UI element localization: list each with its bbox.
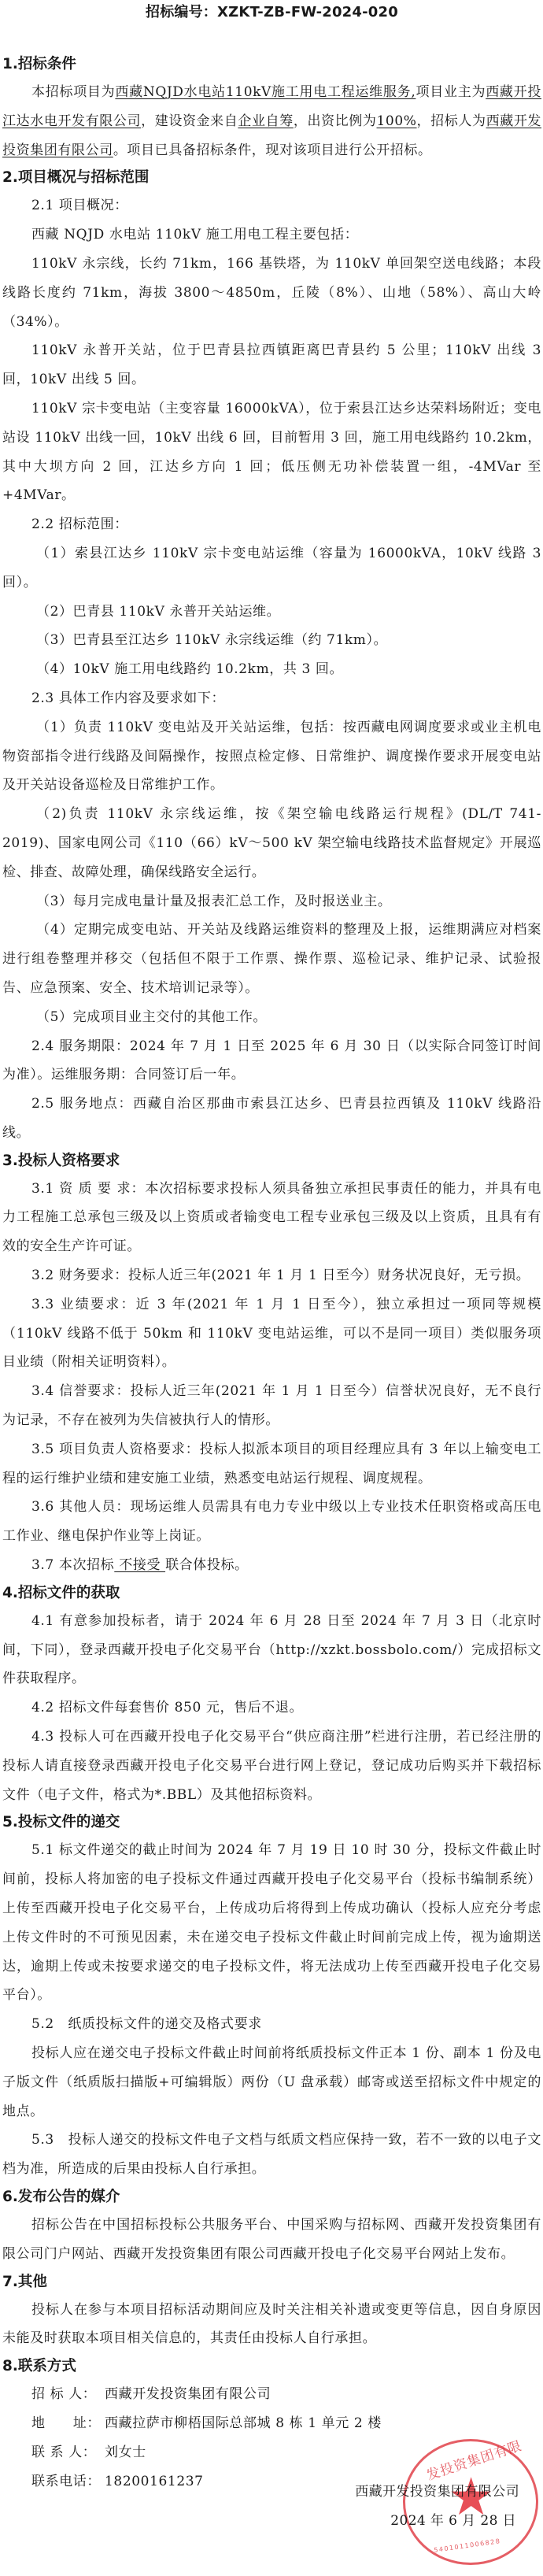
section-8-heading: 8.联系方式 — [2, 2353, 541, 2380]
credit-requirement: 3.4 信誉要求：投标人近三年(2021 年 1 月 1 日至今）信誉状况良好，… — [2, 1377, 541, 1435]
subsection-5-2-label: 5.2 纸质投标文件的递交及格式要求 — [2, 2010, 541, 2039]
project-manager-requirement: 3.5 项目负责人资格要求：投标人拟派本项目的项目经理应具有 3 年以上输变电工… — [2, 1435, 541, 1493]
section-7-heading: 7.其他 — [2, 2269, 541, 2296]
paper-submission: 投标人应在递交电子投标文件截止时间前将纸质投标文件正本 1 份、副本 1 份及电… — [2, 2039, 541, 2126]
scope-item: （3）巴青县至江达乡 110kV 永宗线运维（约 71km）。 — [2, 626, 541, 655]
text-run: 。项目已具备招标条件，现对该项目进行公开招标。 — [113, 142, 432, 158]
section-6-heading: 6.发布公告的媒介 — [2, 2184, 541, 2211]
contact-address: 地 址：西藏拉萨市柳梧国际总部城 8 栋 1 单元 2 楼 — [2, 2409, 541, 2438]
consortium-policy: 3.7 本次招标 不接受 联合体投标。 — [2, 1551, 541, 1580]
work-item: （4）定期完成变电站、开关站及线路运维资料的整理及上报，运维期满应对档案进行组卷… — [2, 916, 541, 1002]
work-item: （2)负责 110kV 永宗线运维，按《架空输电线路运行规程》(DL/T 741… — [2, 800, 541, 886]
project-name: 西藏NQJD水电站110kV施工用电工程运维服务, — [115, 84, 416, 100]
scope-item: （1）索县江达乡 110kV 宗卡变电站运维（容量为 16000kVA，10kV… — [2, 539, 541, 598]
signature-date: 2024 年 6 月 28 日 — [390, 2507, 516, 2536]
work-item: （5）完成项目业主交付的其他工作。 — [2, 1003, 541, 1032]
contact-value: 西藏开发投资集团有限公司 — [105, 2386, 271, 2402]
scope-item: （4）10kV 施工用电线路约 10.2km，共 3 回。 — [2, 655, 541, 684]
text-run: ，建设资金来自 — [141, 113, 238, 129]
publication-media: 招标公告在中国招标投标公共服务平台、中国采购与招标网、西藏开发投资集团有限公司门… — [2, 2211, 541, 2269]
consortium-status: 不接受 — [114, 1557, 165, 1573]
section-1-paragraph: 本招标项目为西藏NQJD水电站110kV施工用电工程运维服务,项目业主为西藏开投… — [2, 78, 541, 165]
contact-value: 18200161237 — [105, 2474, 204, 2489]
section-5-heading: 5.投标文件的递交 — [2, 1809, 541, 1836]
stamp-code: 5401011006828 — [434, 2537, 501, 2554]
contact-label: 联 系 人： — [31, 2438, 105, 2467]
signature-organization: 西藏开发投资集团有限公司 — [355, 2478, 519, 2507]
contact-label: 地 址： — [31, 2409, 105, 2438]
contact-value: 刘女士 — [105, 2445, 146, 2460]
other-personnel-requirement: 3.6 其他人员：现场运维人员需具有电力专业中级以上专业技术任职资格或高压电工作… — [2, 1493, 541, 1551]
project-intro: 西藏 NQJD 水电站 110kV 施工用电工程主要包括： — [2, 220, 541, 250]
text-run: 联合体投标。 — [165, 1557, 249, 1573]
project-substation: 110kV 宗卡变电站（主变容量 16000kVA），位于索县江达乡达荣料场附近… — [2, 394, 541, 510]
document-price: 4.2 招标文件每套售价 850 元，售后不退。 — [2, 1693, 541, 1723]
project-switch-station: 110kV 永普开关站，位于巴青县拉西镇距离巴青县约 5 公里；110kV 出线… — [2, 336, 541, 394]
consistency-requirement: 5.3 投标人递交的投标文件电子文档与纸质文档应保持一致，若不一致的以电子文档为… — [2, 2126, 541, 2184]
text-run: 项目业主为 — [416, 84, 486, 100]
document-acquisition: 4.1 有意参加投标者，请于 2024 年 6 月 28 日至 2024 年 7… — [2, 1607, 541, 1693]
work-item: （3）每月完成电量计量及报表汇总工作，及时报送业主。 — [2, 887, 541, 916]
service-location: 2.5 服务地点：西藏自治区那曲市索县江达乡、巴青县拉西镇及 110kV 线路沿… — [2, 1090, 541, 1148]
qualification-requirement: 3.1 资 质 要 求：本次招标要求投标人须具备独立承担民事责任的能力，并具有电… — [2, 1175, 541, 1261]
service-period: 2.4 服务期限：2024 年 7 月 1 日至 2025 年 6 月 30 日… — [2, 1032, 541, 1090]
text-run: 3.7 本次招标 — [31, 1557, 114, 1573]
tender-number-title: 招标编号：XZKT-ZB-FW-2024-020 — [2, 0, 541, 51]
funding-ratio: 100% — [377, 113, 417, 129]
section-4-heading: 4.招标文件的获取 — [2, 1580, 541, 1607]
tender-announcement-document: 招标编号：XZKT-ZB-FW-2024-020 1.招标条件 本招标项目为西藏… — [0, 0, 543, 2496]
section-1-heading: 1.招标条件 — [2, 51, 541, 78]
performance-requirement: 3.3 业绩要求：近 3 年(2021 年 1 月 1 日至今），独立承担过一项… — [2, 1290, 541, 1377]
supplier-registration: 4.3 投标人可在西藏开投电子化交易平台“供应商注册”栏进行注册，若已经注册的投… — [2, 1723, 541, 1809]
other-notes: 投标人在参与本项目招标活动期间应及时关注相关补遗或变更等信息，因自身原因未能及时… — [2, 2296, 541, 2354]
subsection-2-2-label: 2.2 招标范围： — [2, 510, 541, 539]
work-item: （1）负责 110kV 变电站及开关站运维，包括：按西藏电网调度要求或业主机电物… — [2, 713, 541, 800]
text-run: 本招标项目为 — [31, 84, 115, 100]
subsection-2-1-label: 2.1 项目概况： — [2, 191, 541, 220]
section-3-heading: 3.投标人资格要求 — [2, 1148, 541, 1175]
financial-requirement: 3.2 财务要求：投标人近三年(2021 年 1 月 1 日至今）财务状况良好，… — [2, 1261, 541, 1290]
project-line-description: 110kV 永宗线，长约 71km，166 基铁塔，为 110kV 单回架空送电… — [2, 250, 541, 336]
funding-source: 企业自筹 — [238, 113, 293, 129]
text-run: ，出资比例为 — [294, 113, 377, 129]
section-2-heading: 2.项目概况与招标范围 — [2, 165, 541, 191]
submission-deadline: 5.1 标文件递交的截止时间为 2024 年 7 月 19 日 10 时 30 … — [2, 1836, 541, 2010]
contact-value: 西藏拉萨市柳梧国际总部城 8 栋 1 单元 2 楼 — [105, 2415, 382, 2431]
text-run: ，招标人为 — [417, 113, 486, 129]
contact-label: 招 标 人： — [31, 2380, 105, 2409]
scope-item: （2）巴青县 110kV 永普开关站运维。 — [2, 598, 541, 627]
contact-tenderer: 招 标 人：西藏开发投资集团有限公司 — [2, 2380, 541, 2409]
contact-label: 联系电话： — [31, 2467, 105, 2496]
subsection-2-3-label: 2.3 具体工作内容及要求如下： — [2, 684, 541, 713]
